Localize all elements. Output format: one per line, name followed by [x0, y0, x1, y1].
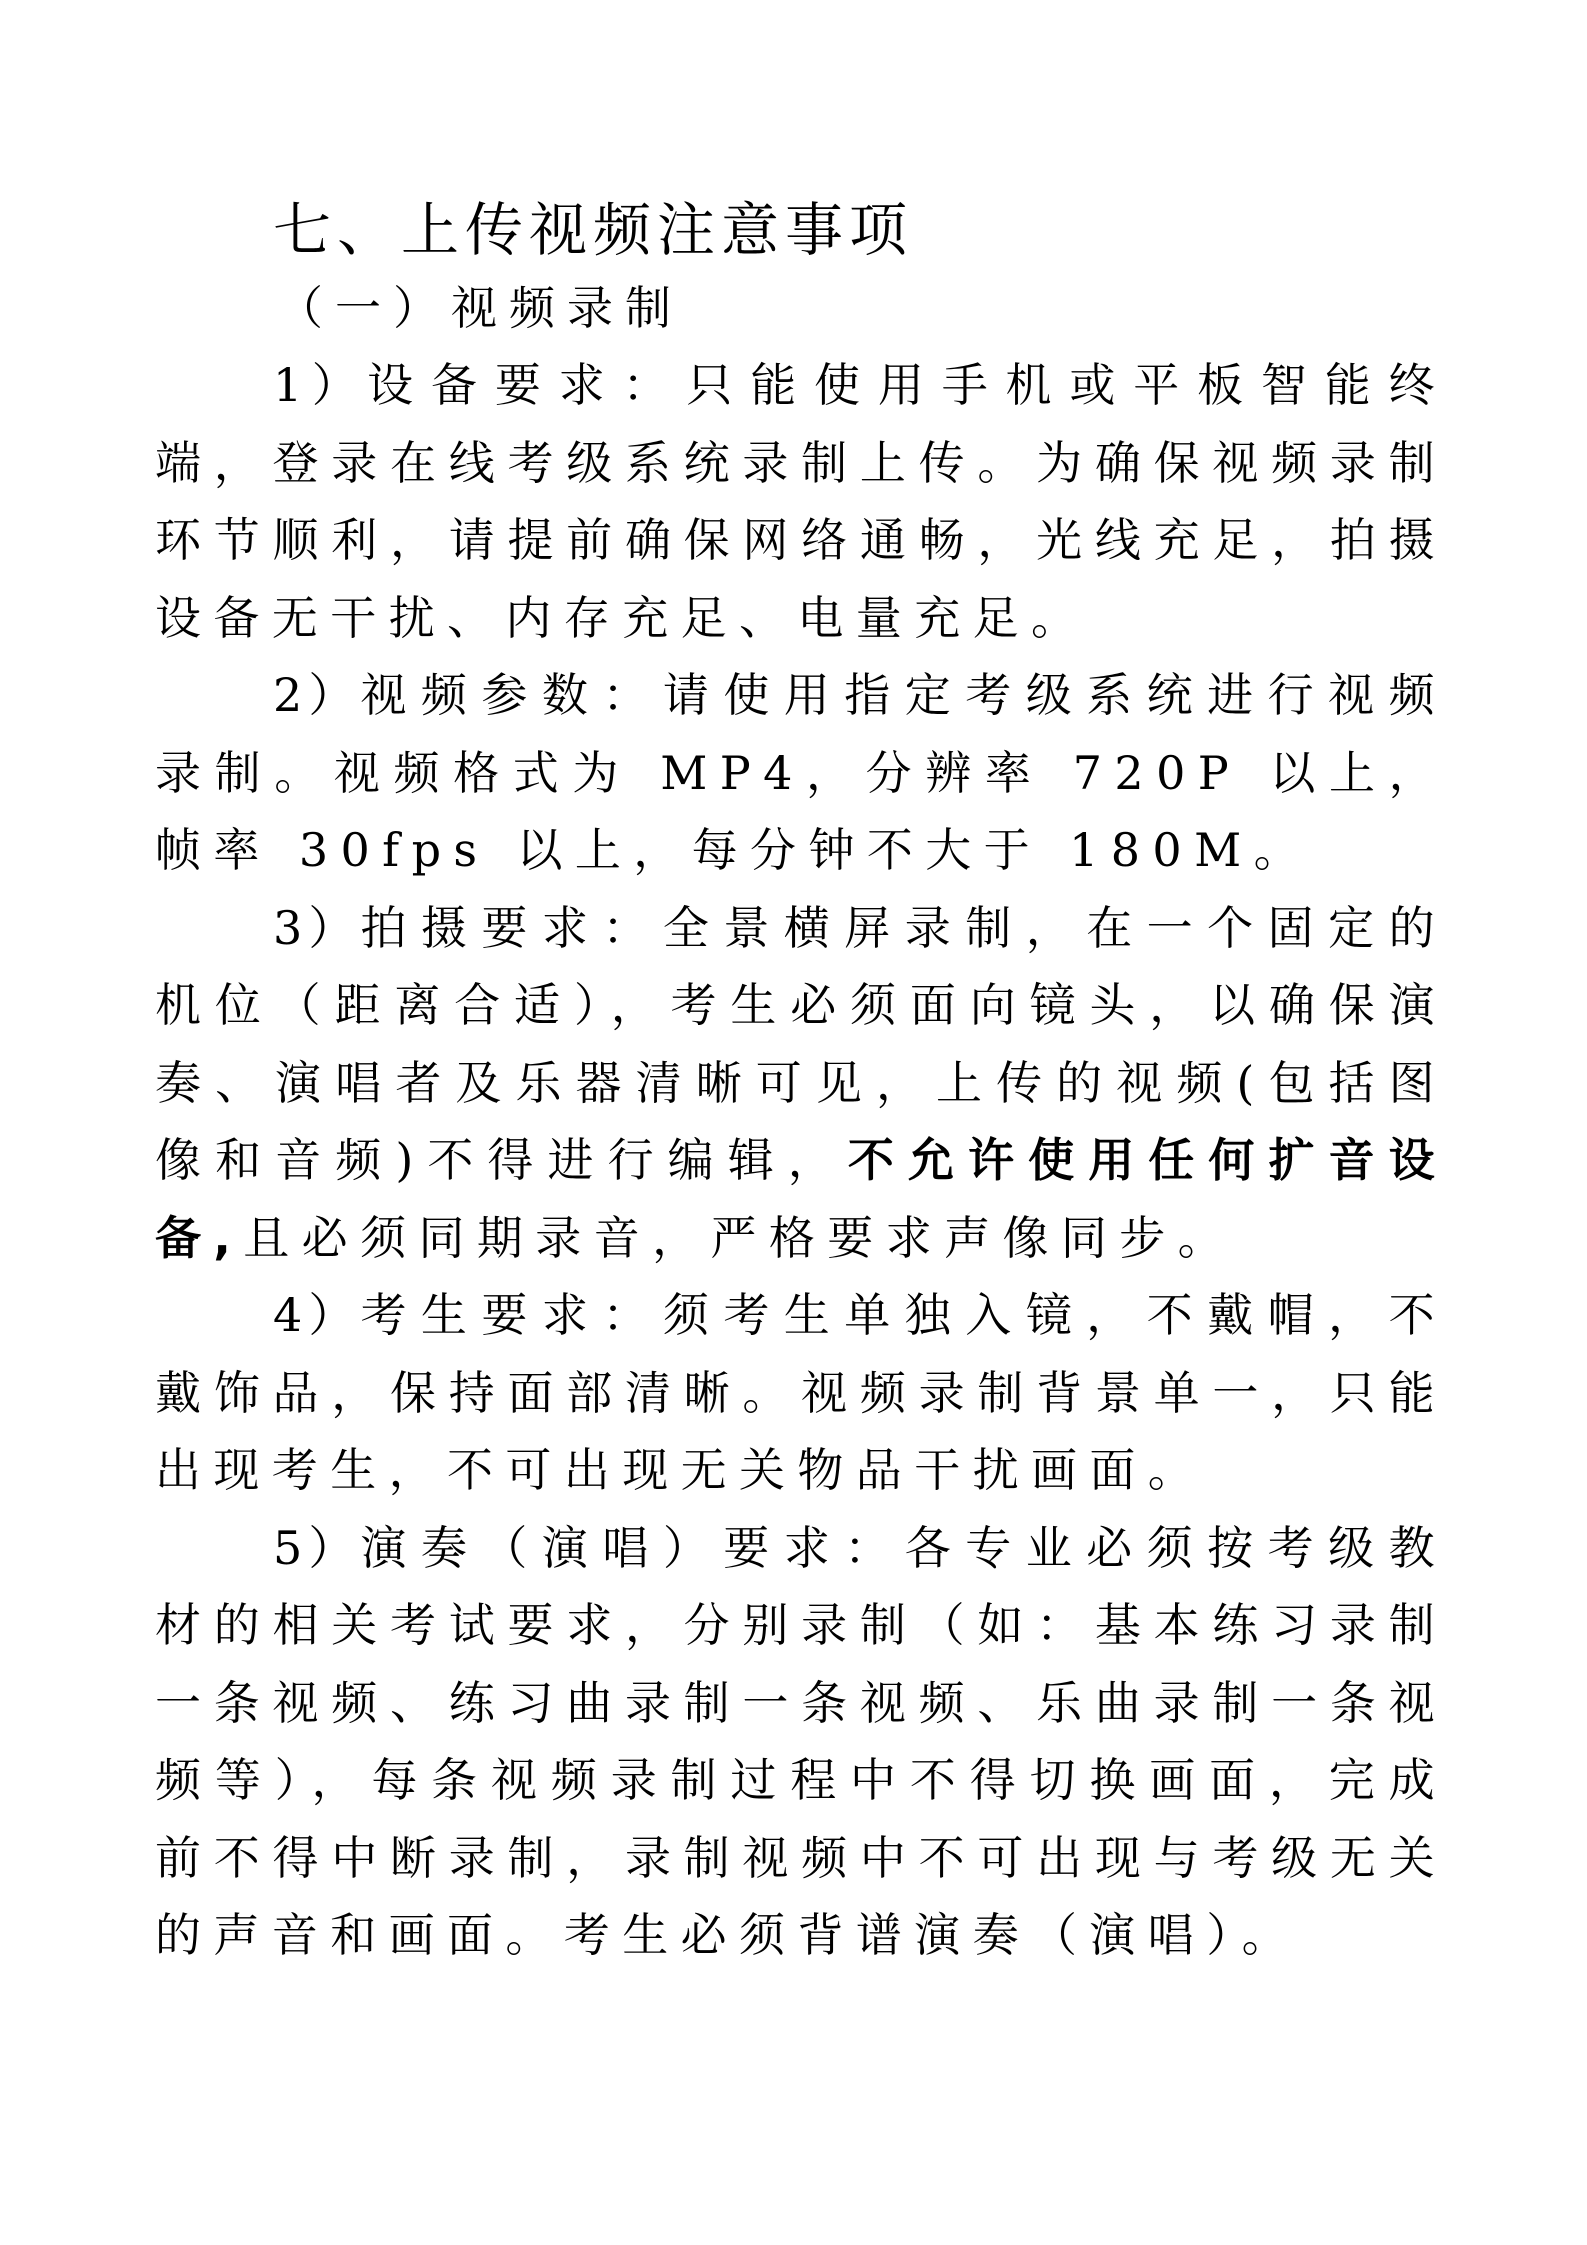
item-number: 2）	[273, 668, 360, 722]
item-number: 5）	[273, 1521, 360, 1575]
item-label: 考生要求：	[360, 1288, 662, 1342]
paragraph-device-requirements: 1）设备要求：只能使用手机或平板智能终端，登录在线考级系统录制上传。为确保视频录…	[155, 347, 1447, 657]
paragraph-shooting-requirements: 3）拍摄要求：全景横屏录制，在一个固定的机位（距离合适），考生必须面向镜头，以确…	[155, 890, 1447, 1278]
item-number: 3）	[273, 901, 360, 955]
item-text: 各专业必须按考级教材的相关考试要求，分别录制（如：基本练习录制一条视频、练习曲录…	[155, 1521, 1447, 1963]
item-number: 1）	[273, 358, 367, 412]
paragraph-performance-requirements: 5）演奏（演唱）要求：各专业必须按考级教材的相关考试要求，分别录制（如：基本练习…	[155, 1510, 1447, 1975]
item-label: 拍摄要求：	[360, 901, 662, 955]
section-heading: 七、上传视频注意事项	[273, 190, 1447, 270]
paragraph-video-parameters: 2）视频参数：请使用指定考级系统进行视频录制。视频格式为 MP4，分辨率 720…	[155, 657, 1447, 890]
subsection-heading: （一）视频录制	[277, 270, 1447, 347]
item-number: 4）	[273, 1288, 360, 1342]
item-label: 演奏（演唱）要求：	[360, 1521, 904, 1575]
item-label: 设备要求：	[367, 358, 686, 412]
item-label: 视频参数：	[360, 668, 662, 722]
item-text-continued: 且必须同期录音，严格要求声像同步。	[243, 1211, 1236, 1265]
document-page: 七、上传视频注意事项 （一）视频录制 1）设备要求：只能使用手机或平板智能终端，…	[155, 190, 1447, 1975]
paragraph-candidate-requirements: 4）考生要求：须考生单独入镜，不戴帽，不戴饰品，保持面部清晰。视频录制背景单一，…	[155, 1277, 1447, 1510]
